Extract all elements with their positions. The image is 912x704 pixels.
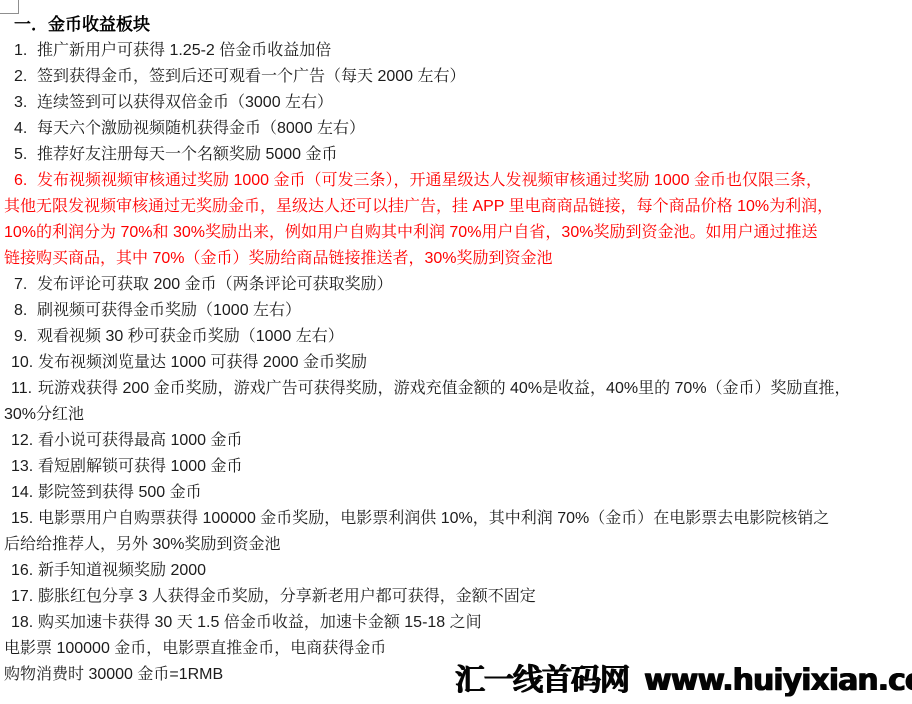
line-text: 刷视频可获得金币奖励（1000 左右）: [37, 302, 301, 319]
line-text: 每天六个激励视频随机获得金币（8000 左右）: [37, 120, 365, 137]
line-text: 电影票用户自购票获得 100000 金币奖励，电影票利润供 10%，其中利润 7…: [38, 510, 829, 527]
line-text: 购物消费时 30000 金币=1RMB: [4, 666, 223, 683]
line-text: 推广新用户可获得 1.25-2 倍金币收益加倍: [37, 42, 331, 59]
list-number: 17.: [11, 584, 38, 610]
list-number: 2.: [14, 64, 37, 90]
doc-line: 链接购买商品，其中 70%（金币）奖励给商品链接推送者，30%奖励到资金池: [4, 246, 912, 272]
list-number: 8.: [14, 298, 37, 324]
doc-line: 5.推荐好友注册每天一个名额奖励 5000 金币: [4, 142, 912, 168]
line-text: 发布视频浏览量达 1000 可获得 2000 金币奖励: [38, 354, 367, 371]
line-text: 观看视频 30 秒可获金币奖励（1000 左右）: [37, 328, 344, 345]
doc-line: 4.每天六个激励视频随机获得金币（8000 左右）: [4, 116, 912, 142]
line-text: 玩游戏获得 200 金币奖励，游戏广告可获得奖励，游戏充值金额的 40%是收益，…: [38, 380, 851, 397]
doc-line: 7.发布评论可获取 200 金币（两条评论可获取奖励）: [4, 272, 912, 298]
line-text: 电影票 100000 金币，电影票直推金币，电商获得金币: [4, 640, 386, 657]
watermark: 汇一线首码网 www.huiyixian.com: [455, 663, 912, 699]
list-number: 7.: [14, 272, 37, 298]
line-text: 购买加速卡获得 30 天 1.5 倍金币收益，加速卡金额 15-18 之间: [38, 614, 482, 631]
doc-line: 18.购买加速卡获得 30 天 1.5 倍金币收益，加速卡金额 15-18 之间: [4, 610, 912, 636]
line-text: 后给给推荐人，另外 30%奖励到资金池: [4, 536, 280, 553]
doc-line: 10.发布视频浏览量达 1000 可获得 2000 金币奖励: [4, 350, 912, 376]
doc-line: 10%的利润分为 70%和 30%奖励出来，例如用户自购其中利润 70%用户自省…: [4, 220, 912, 246]
list-number: 10.: [11, 350, 38, 376]
list-number: 3.: [14, 90, 37, 116]
list-number: 12.: [11, 428, 38, 454]
doc-line: 9.观看视频 30 秒可获金币奖励（1000 左右）: [4, 324, 912, 350]
list-number: 5.: [14, 142, 37, 168]
line-text: 其他无限发视频审核通过无奖励金币，星级达人还可以挂广告，挂 APP 里电商商品链…: [4, 198, 833, 215]
doc-line: 3.连续签到可以获得双倍金币（3000 左右）: [4, 90, 912, 116]
doc-line: 13.看短剧解锁可获得 1000 金币: [4, 454, 912, 480]
watermark-url: www.huiyixian.com: [644, 663, 912, 699]
list-number: 9.: [14, 324, 37, 350]
line-text: 膨胀红包分享 3 人获得金币奖励，分享新老用户都可获得，金额不固定: [38, 588, 536, 605]
doc-line: 30%分红池: [4, 402, 912, 428]
doc-line: 其他无限发视频审核通过无奖励金币，星级达人还可以挂广告，挂 APP 里电商商品链…: [4, 194, 912, 220]
line-text: 影院签到获得 500 金币: [38, 484, 202, 501]
list-number: 15.: [11, 506, 38, 532]
line-text: 看短剧解锁可获得 1000 金币: [38, 458, 243, 475]
doc-line: 6.发布视频视频审核通过奖励 1000 金币（可发三条），开通星级达人发视频审核…: [4, 168, 912, 194]
line-text: 发布视频视频审核通过奖励 1000 金币（可发三条），开通星级达人发视频审核通过…: [37, 172, 822, 189]
doc-line: 电影票 100000 金币，电影票直推金币，电商获得金币: [4, 636, 912, 662]
page-title: 一．金币收益板块: [14, 12, 912, 38]
watermark-site-name: 汇一线首码网: [455, 663, 629, 699]
list-number: 13.: [11, 454, 38, 480]
list-number: 18.: [11, 610, 38, 636]
doc-line: 14.影院签到获得 500 金币: [4, 480, 912, 506]
line-text: 10%的利润分为 70%和 30%奖励出来，例如用户自购其中利润 70%用户自省…: [4, 224, 817, 241]
list-number: 11.: [11, 376, 38, 402]
doc-lines: 1.推广新用户可获得 1.25-2 倍金币收益加倍2.签到获得金币，签到后还可观…: [4, 38, 912, 688]
line-text: 发布评论可获取 200 金币（两条评论可获取奖励）: [37, 276, 393, 293]
line-text: 看小说可获得最高 1000 金币: [38, 432, 243, 449]
doc-line: 16.新手知道视频奖励 2000: [4, 558, 912, 584]
list-number: 16.: [11, 558, 38, 584]
list-number: 1.: [14, 38, 37, 64]
line-text: 链接购买商品，其中 70%（金币）奖励给商品链接推送者，30%奖励到资金池: [4, 250, 553, 267]
doc-line: 2.签到获得金币，签到后还可观看一个广告（每天 2000 左右）: [4, 64, 912, 90]
list-number: 4.: [14, 116, 37, 142]
document-content: 一．金币收益板块 1.推广新用户可获得 1.25-2 倍金币收益加倍2.签到获得…: [4, 12, 912, 688]
line-text: 签到获得金币，签到后还可观看一个广告（每天 2000 左右）: [37, 68, 466, 85]
doc-line: 11.玩游戏获得 200 金币奖励，游戏广告可获得奖励，游戏充值金额的 40%是…: [4, 376, 912, 402]
list-number: 6.: [14, 168, 37, 194]
line-text: 推荐好友注册每天一个名额奖励 5000 金币: [37, 146, 338, 163]
doc-line: 15.电影票用户自购票获得 100000 金币奖励，电影票利润供 10%，其中利…: [4, 506, 912, 532]
list-number: 14.: [11, 480, 38, 506]
line-text: 30%分红池: [4, 406, 84, 423]
line-text: 连续签到可以获得双倍金币（3000 左右）: [37, 94, 333, 111]
doc-line: 12.看小说可获得最高 1000 金币: [4, 428, 912, 454]
doc-line: 8.刷视频可获得金币奖励（1000 左右）: [4, 298, 912, 324]
doc-line: 17.膨胀红包分享 3 人获得金币奖励，分享新老用户都可获得，金额不固定: [4, 584, 912, 610]
doc-line: 后给给推荐人，另外 30%奖励到资金池: [4, 532, 912, 558]
doc-line: 1.推广新用户可获得 1.25-2 倍金币收益加倍: [4, 38, 912, 64]
line-text: 新手知道视频奖励 2000: [38, 562, 206, 579]
